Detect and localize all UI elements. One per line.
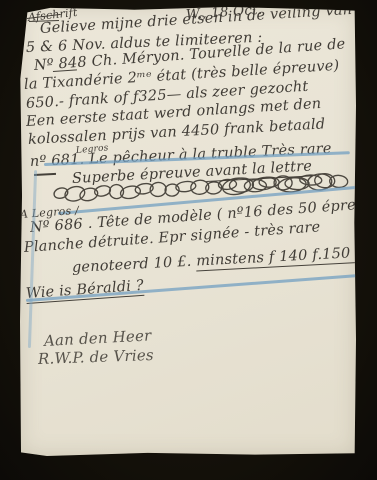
underline-681 (34, 173, 56, 176)
price-underlined: minstens f 140 f.150 — (196, 244, 371, 271)
underline-848 (53, 69, 77, 72)
price-prefix: genoteerd 10 £. (72, 253, 197, 275)
letter-paper: Afschrift W., 18 Oct. Gelieve mijne drie… (20, 7, 356, 456)
blue-pencil-margin-line (28, 170, 37, 348)
scan-background: Afschrift W., 18 Oct. Gelieve mijne drie… (0, 0, 377, 480)
addressee-line: R.W.P. de Vries (38, 346, 154, 368)
